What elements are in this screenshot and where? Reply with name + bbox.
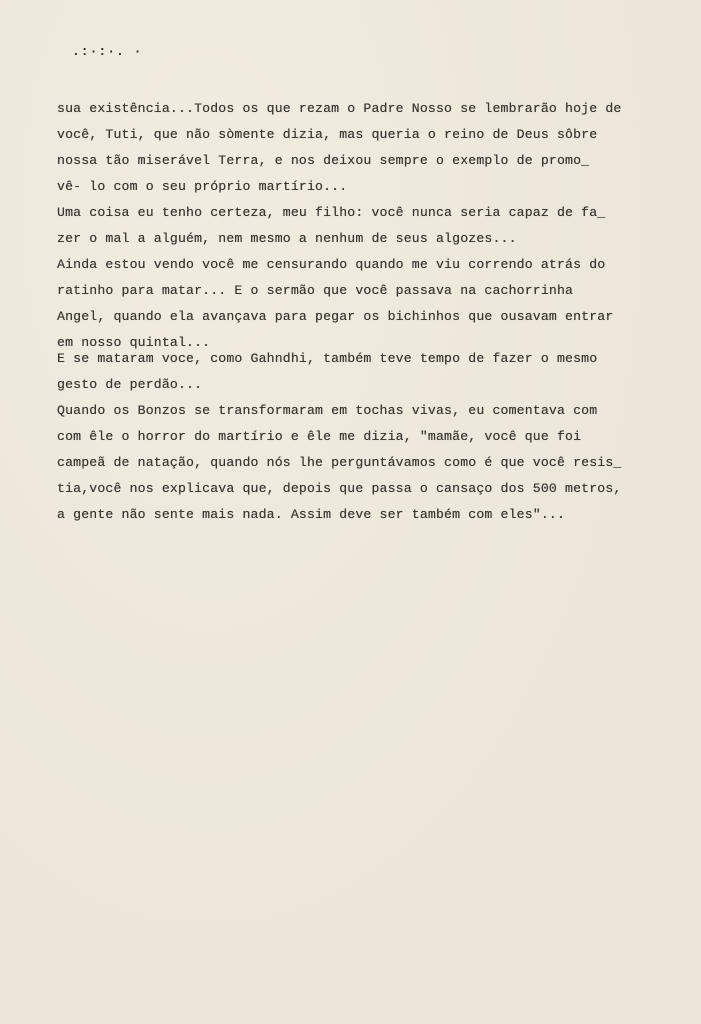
typewritten-page: .:·:·. · sua existência...Todos os que r… (0, 0, 701, 1024)
text-line: Ainda estou vendo você me censurando qua… (57, 252, 657, 278)
text-line: tia,você nos explicava que, depois que p… (57, 476, 657, 502)
text-line: com êle o horror do martírio e êle me di… (57, 424, 657, 450)
text-line: nossa tão miserável Terra, e nos deixou … (57, 148, 657, 174)
text-line: você, Tuti, que não sòmente dizia, mas q… (57, 122, 657, 148)
text-line: a gente não sente mais nada. Assim deve … (57, 502, 657, 528)
header-ink-marks: .:·:·. · (72, 44, 142, 59)
text-line: gesto de perdão... (57, 372, 657, 398)
text-line: sua existência...Todos os que rezam o Pa… (57, 96, 657, 122)
text-line: Quando os Bonzos se transformaram em toc… (57, 398, 657, 424)
text-line: zer o mal a alguém, nem mesmo a nenhum d… (57, 226, 657, 252)
text-line: campeã de natação, quando nós lhe pergun… (57, 450, 657, 476)
text-line: vê- lo com o seu próprio martírio... (57, 174, 657, 200)
letter-body: sua existência...Todos os que rezam o Pa… (57, 96, 657, 528)
text-line: Angel, quando ela avançava para pegar os… (57, 304, 657, 330)
text-line: em nosso quintal... (57, 330, 657, 346)
text-line: ratinho para matar... E o sermão que voc… (57, 278, 657, 304)
text-line: Uma coisa eu tenho certeza, meu filho: v… (57, 200, 657, 226)
text-line: E se mataram voce, como Gahndhi, também … (57, 346, 657, 372)
